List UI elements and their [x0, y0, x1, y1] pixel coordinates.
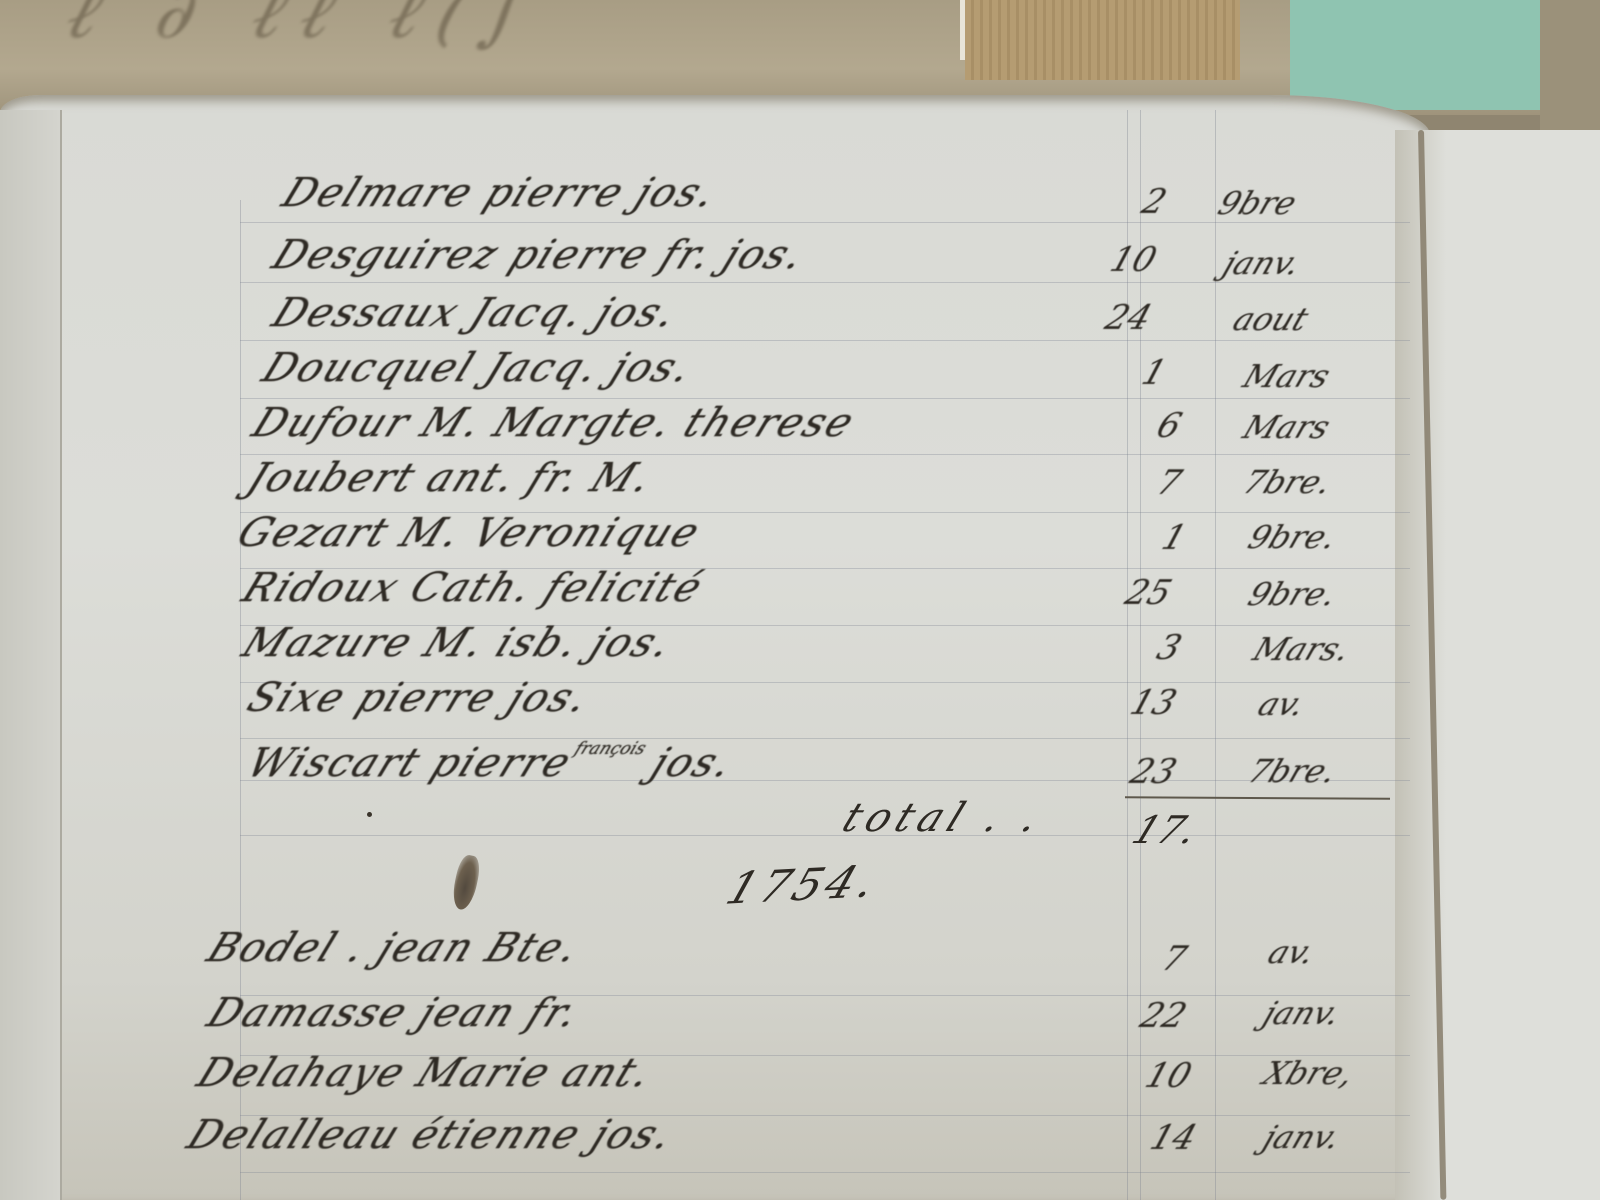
entry-day: 10 — [1114, 1056, 1197, 1096]
entry-day: 2 — [1089, 182, 1172, 222]
book-cover-right — [1540, 0, 1600, 130]
register-entry: Delahaye Marie ant. 10 Xbre, — [0, 1050, 1400, 1110]
entry-name: Mazure M. isb. jos. — [236, 620, 680, 666]
entry-month: 7bre. — [1238, 463, 1337, 501]
entry-day: 3 — [1104, 628, 1187, 668]
entry-month: av. — [1263, 933, 1320, 971]
entry-month: janv. — [1258, 994, 1346, 1032]
register-entry: Bodel . jean Bte. 7 av. — [0, 925, 1400, 985]
cardboard-background — [965, 0, 1240, 80]
register-entry: Joubert ant. fr. M. 7 7bre. — [0, 455, 1400, 515]
register-entry: Delmare pierre jos. 2 9bre — [0, 170, 1400, 230]
register-entry: Desguirez pierre fr. jos. 10 janv. — [0, 232, 1400, 292]
entry-day: 13 — [1099, 683, 1182, 723]
entry-month: 7bre. — [1243, 752, 1342, 790]
entry-name: Bodel . jean Bte. — [201, 925, 588, 971]
entry-name: Gezart M. Veronique — [231, 510, 708, 556]
entry-day: 24 — [1074, 298, 1157, 338]
register-entry: Doucquel Jacq. jos. 1 Mars — [0, 345, 1400, 405]
register-entry: Gezart M. Veronique 1 9bre. — [0, 510, 1400, 570]
register-entry: Wiscart pierrefrançois jos. 23 7bre. — [0, 740, 1400, 800]
entry-name: Joubert ant. fr. M. — [241, 455, 660, 501]
entry-name: Ridoux Cath. felicité — [236, 565, 711, 611]
cover-handwriting-fragment: ℓ ∂ ℓℓ ℓ(∫ — [56, 0, 555, 55]
entry-name: Desguirez pierre fr. jos. — [266, 232, 813, 278]
entry-month: Mars. — [1248, 630, 1356, 668]
entry-month: av. — [1253, 685, 1310, 723]
entry-day: 1 — [1089, 353, 1172, 393]
entry-name-main: Wiscart pierre — [241, 740, 579, 786]
ink-dot — [367, 812, 372, 817]
entry-day: 10 — [1079, 240, 1162, 280]
entry-month: 9bre — [1213, 184, 1302, 222]
entry-month: 9bre. — [1243, 518, 1342, 556]
entry-month: janv. — [1218, 244, 1306, 282]
entry-name: Damasse jean fr. — [201, 990, 587, 1036]
register-entry: Delalleau étienne jos. 14 janv. — [0, 1112, 1400, 1172]
register-entry: Sixe pierre jos. 13 av. — [0, 675, 1400, 735]
entry-month: Xbre, — [1258, 1054, 1360, 1092]
entry-name-suffix: jos. — [645, 740, 741, 786]
entry-month: janv. — [1258, 1118, 1346, 1156]
register-entry: Mazure M. isb. jos. 3 Mars. — [0, 620, 1400, 680]
entry-day: 23 — [1099, 752, 1182, 792]
entry-month: aout — [1228, 300, 1314, 338]
mint-card-background — [1290, 0, 1540, 110]
entry-day: 22 — [1109, 996, 1192, 1036]
entry-name: Delahaye Marie ant. — [191, 1050, 660, 1096]
entry-day: 1 — [1109, 518, 1192, 558]
entry-day: 7 — [1109, 939, 1192, 979]
entry-name: Dessaux Jacq. jos. — [266, 290, 685, 336]
entry-month: Mars — [1238, 357, 1335, 395]
entry-name: Doucquel Jacq. jos. — [256, 345, 701, 391]
entry-month: 9bre. — [1243, 575, 1342, 613]
entry-day: 25 — [1094, 573, 1177, 613]
entry-name: Delalleau étienne jos. — [181, 1112, 681, 1158]
entry-day: 7 — [1104, 463, 1187, 503]
register-entry: Damasse jean fr. 22 janv. — [0, 990, 1400, 1050]
entry-name: Wiscart pierrefrançois jos. — [241, 740, 741, 786]
entry-name: Dufour M. Margte. therese — [246, 400, 863, 446]
register-entry: Ridoux Cath. felicité 25 9bre. — [0, 565, 1400, 625]
year-heading: 1754. — [720, 856, 887, 915]
entry-name-superscript: françois — [571, 739, 649, 759]
register-entry: Dufour M. Margte. therese 6 Mars — [0, 400, 1400, 460]
entry-name: Sixe pierre jos. — [241, 675, 597, 721]
register-entry: Dessaux Jacq. jos. 24 aout — [0, 290, 1400, 350]
entry-month: Mars — [1238, 408, 1335, 446]
entry-day: 14 — [1119, 1118, 1202, 1158]
entry-name: Delmare pierre jos. — [276, 170, 725, 216]
total-label: total . . — [836, 795, 1052, 841]
entry-day: 6 — [1104, 406, 1187, 446]
